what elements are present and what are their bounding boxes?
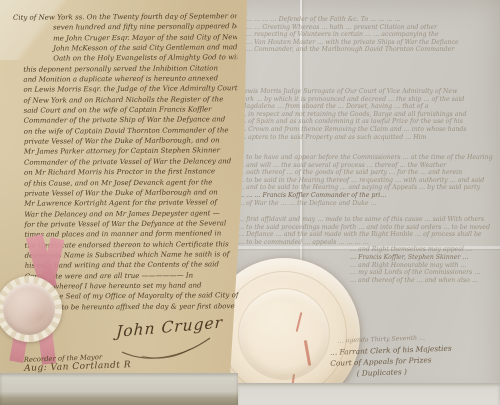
signature-flourish	[120, 334, 216, 360]
manuscript-line: … to be have and appear before the Commi…	[238, 154, 496, 162]
manuscript-line: … oath thereof … of the goods of the sai…	[238, 169, 496, 177]
manuscript-line: Magdalena … from aboard the … Dorset, ha…	[240, 103, 496, 111]
manuscript-line: … my said Lords of the Commissioners …	[350, 269, 496, 277]
manuscript-line: … Crown and from thence Removing the Cla…	[240, 126, 496, 134]
manuscript-line: … to be commanded … appeals … … … …	[238, 239, 496, 247]
warrant-text-block-lower: … first affidavit and may … made to the …	[238, 216, 496, 284]
manuscript-photograph: … … … … Defender of the Faith &c. To … ……	[0, 0, 500, 405]
manuscript-line: … and will … the said several of process…	[238, 162, 496, 170]
manuscript-line: … in respect and not retaining the Goods…	[240, 111, 496, 119]
red-wax-streak	[304, 340, 311, 366]
manuscript-line: … … … … Defender of the Faith &c. To … ……	[246, 16, 496, 24]
manuscript-line: … and thereof of the … and when also …	[350, 277, 496, 285]
manuscript-line: … Van Houten Master … with the private S…	[246, 39, 496, 47]
manuscript-line: … Francis Koffler, Stephen Skinner …	[350, 254, 496, 262]
manuscript-line: … … … Francis Koffler Commander of the p…	[238, 192, 496, 200]
manuscript-line: … of War the … … the Defiance and Duke …	[238, 200, 496, 208]
manuscript-line: … Commander, and the Marlborough David T…	[246, 46, 496, 54]
red-wax-streak	[296, 312, 303, 332]
warrant-endorsement: … agenda Thirty Seventh …… Farrant Clerk…	[329, 330, 494, 380]
manuscript-line: … first affidavit and may … made to the …	[238, 216, 496, 224]
manuscript-line: … to the said proceedings made forth … a…	[238, 224, 496, 232]
manuscript-line: York … by which it is pronounced and dec…	[240, 96, 496, 104]
warrant-text-block-top: … … … … Defender of the Faith &c. To … ……	[246, 16, 496, 54]
warrant-text-block-decree: Lewis Morris Judge Surrogate of Our Cour…	[240, 88, 496, 141]
right-page-bottom-fold	[237, 383, 500, 405]
manuscript-line: … respecting of Volunteers in certain … …	[246, 31, 496, 39]
attestation-block: Recorder of the Mayor Aug: Van Cortlandt…	[24, 352, 132, 374]
left-bottom-folded-band	[0, 373, 238, 405]
manuscript-line: … and Right Honourable may with …	[350, 262, 496, 270]
manuscript-line: … of Spain and as such condemning it as …	[240, 118, 496, 126]
warrant-text-block-middle: … to be have and appear before the Commi…	[238, 154, 496, 207]
manuscript-line: … Defiance … and the said made with the …	[238, 231, 496, 239]
manuscript-line: … to be said in the Hearing thereof … re…	[238, 177, 496, 185]
manuscript-line: Lewis Morris Judge Surrogate of Our Cour…	[240, 88, 496, 96]
manuscript-line: … … Greeting Whereas … hath … present Ci…	[246, 24, 496, 32]
wafer-seal-center	[3, 283, 55, 335]
manuscript-line: … and Right themselves may appeal …	[350, 246, 496, 254]
manuscript-line: … apters to the said Property and as suc…	[240, 134, 496, 142]
manuscript-line: … and to be said to the Hearing … and sa…	[238, 184, 496, 192]
